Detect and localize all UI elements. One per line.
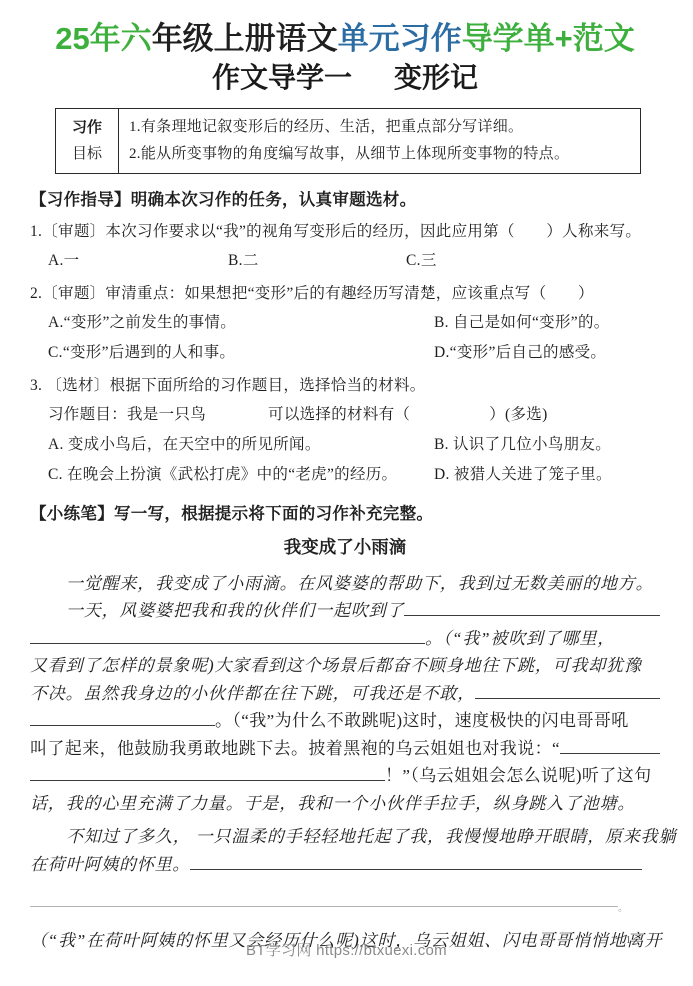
page-title: 25年六年级上册语文单元习作导学单+范文 bbox=[30, 18, 660, 60]
passage-text: 不知过了多久， 一只温柔的手轻轻地托起了我，我慢慢地睁开眼睛，原来我躺 bbox=[66, 822, 676, 847]
passage-line: 。（“我”为什么不敢跳呢)这时，速度极快的闪电哥哥吼 bbox=[30, 704, 660, 732]
essay-topic-label: 习作题目：我是一只鸟 bbox=[48, 402, 206, 428]
subtitle-part: 变形记 bbox=[394, 60, 478, 96]
passage-line: 不知过了多久， 一只温柔的手轻轻地托起了我，我慢慢地睁开眼睛，原来我躺 bbox=[30, 820, 660, 848]
material-choice-label: 可以选择的材料有（ ）(多选) bbox=[268, 402, 548, 428]
blank-line bbox=[30, 723, 215, 726]
blank-line bbox=[190, 867, 642, 870]
title-segment: 导学单+范文 bbox=[462, 21, 635, 56]
questions: 1.〔审题〕本次习作要求以“我”的视角写变形后的经历，因此应用第（ ）人称来写。… bbox=[30, 220, 660, 488]
question-stem: 2.〔审题〕审清重点：如果想把“变形”后的有趣经历写清楚，应该重点写（ ） bbox=[30, 282, 660, 306]
option-row: C. 在晚会上扮演《武松打虎》中的“老虎”的经历。D. 被猎人关进了笼子里。 bbox=[30, 462, 660, 488]
essay-title: 我变成了小雨滴 bbox=[30, 534, 660, 560]
option: A.“变形”之前发生的事情。 bbox=[48, 310, 236, 336]
passage-text: 又看到了怎样的景象呢)大家看到这个场景后都奋不顾身地往下跳，可我却犹豫 bbox=[30, 651, 642, 676]
passage-text: 在荷叶阿姨的怀里。 bbox=[30, 850, 190, 875]
passage-line: 在荷叶阿姨的怀里。 bbox=[30, 847, 660, 875]
option: B. 认识了几位小鸟朋友。 bbox=[434, 432, 660, 458]
passage-text: 。 bbox=[618, 899, 629, 914]
option-row: A. 变成小鸟后，在天空中的所见所闻。B. 认识了几位小鸟朋友。 bbox=[30, 432, 660, 458]
goal-label-line: 目标 bbox=[66, 141, 108, 167]
question-stem: 1.〔审题〕本次习作要求以“我”的视角写变形后的经历，因此应用第（ ）人称来写。 bbox=[30, 220, 660, 244]
question: 1.〔审题〕本次习作要求以“我”的视角写变形后的经历，因此应用第（ ）人称来写。… bbox=[30, 220, 660, 274]
blank-line bbox=[475, 696, 660, 699]
passage-line: 叫了起来，他鼓励我勇敢地跳下去。披着黑袍的乌云姐姐也对我说：“ bbox=[30, 731, 660, 759]
passage-text: 不决。虽然我身边的小伙伴都在往下跳，可我还是不敢， bbox=[30, 679, 475, 704]
passage-line: 又看到了怎样的景象呢)大家看到这个场景后都奋不顾身地往下跳，可我却犹豫 bbox=[30, 649, 660, 677]
passage-line: 不决。虽然我身边的小伙伴都在往下跳，可我还是不敢， bbox=[30, 676, 660, 704]
goal-table: 习作目标 1.有条理地记叙变形后的经历、生活，把重点部分写详细。2.能从所变事物… bbox=[55, 108, 641, 174]
passage-line: ！”（乌云姐姐会怎么说呢)听了这句 bbox=[30, 759, 660, 787]
option-row: A.一B.二C.三 bbox=[30, 248, 660, 274]
question: 2.〔审题〕审清重点：如果想把“变形”后的有趣经历写清楚，应该重点写（ ）A.“… bbox=[30, 282, 660, 366]
option: B. 自己是如何“变形”的。 bbox=[434, 310, 660, 336]
guide-heading: 【习作指导】明确本次习作的任务，认真审题选材。 bbox=[30, 188, 660, 212]
passage-text: 叫了起来，他鼓励我勇敢地跳下去。披着黑袍的乌云姐姐也对我说：“ bbox=[30, 734, 560, 759]
goal-table-content: 1.有条理地记叙变形后的经历、生活，把重点部分写详细。2.能从所变事物的角度编写… bbox=[119, 109, 641, 174]
passage-line: 。（“我”被吹到了哪里， bbox=[30, 621, 660, 649]
option-row: C.“变形”后遇到的人和事。D.“变形”后自己的感受。 bbox=[30, 340, 660, 366]
page-number: 1 bbox=[626, 935, 631, 946]
option: C.三 bbox=[406, 248, 660, 274]
passage-text: 。（“我”被吹到了哪里， bbox=[425, 624, 615, 649]
question-subline: 习作题目：我是一只鸟可以选择的材料有（ ）(多选) bbox=[30, 402, 660, 428]
footer-site-link[interactable]: BT学习网 https://btxuexi.com bbox=[246, 942, 447, 959]
worksheet-page: 25年六年级上册语文单元习作导学单+范文 作文导学一变形记 习作目标 1.有条理… bbox=[0, 0, 693, 986]
option: C.“变形”后遇到的人和事。 bbox=[48, 340, 235, 366]
blank-line bbox=[30, 641, 425, 644]
option: D. 被猎人关进了笼子里。 bbox=[434, 462, 660, 488]
passage-line: 一天，风婆婆把我和我的伙伴们一起吹到了 bbox=[30, 594, 660, 622]
question-stem: 3. 〔选材〕根据下面所给的习作题目，选择恰当的材料。 bbox=[30, 374, 660, 398]
option: A.一 bbox=[48, 248, 228, 274]
goal-item: 1.有条理地记叙变形后的经历、生活，把重点部分写详细。 bbox=[129, 114, 630, 141]
passage-text: 一觉醒来，我变成了小雨滴。在风婆婆的帮助下，我到过无数美丽的地方。 bbox=[66, 569, 653, 594]
subtitle-part: 作文导学一 bbox=[212, 60, 352, 96]
title-segment: 25年六 bbox=[55, 21, 151, 56]
title-segment: 单元习作 bbox=[338, 21, 462, 56]
option: A. 变成小鸟后，在天空中的所见所闻。 bbox=[48, 432, 321, 458]
blank-line bbox=[404, 613, 660, 616]
passage-text: 。（“我”为什么不敢跳呢)这时，速度极快的闪电哥哥吼 bbox=[215, 706, 629, 731]
goal-label-line: 习作 bbox=[66, 115, 108, 141]
option: B.二 bbox=[228, 248, 406, 274]
title-segment: 年级上册语文 bbox=[152, 21, 338, 56]
footer: BT学习网 https://btxuexi.com bbox=[0, 939, 693, 960]
lesson-subtitle: 作文导学一变形记 bbox=[30, 60, 660, 96]
goal-item: 2.能从所变事物的角度编写故事，从细节上体现所变事物的特点。 bbox=[129, 141, 630, 168]
question: 3. 〔选材〕根据下面所给的习作题目，选择恰当的材料。习作题目：我是一只鸟可以选… bbox=[30, 374, 660, 488]
passage-line: 话，我的心里充满了力量。于是，我和一个小伙伴手拉手，纵身跳入了池塘。 bbox=[30, 786, 660, 814]
passage-text: ！”（乌云姐姐会怎么说呢)听了这句 bbox=[385, 761, 652, 786]
practice-heading: 【小练笔】写一写，根据提示将下面的习作补充完整。 bbox=[30, 502, 660, 526]
passage-line: 一觉醒来，我变成了小雨滴。在风婆婆的帮助下，我到过无数美丽的地方。 bbox=[30, 566, 660, 594]
blank-line bbox=[30, 778, 385, 781]
goal-table-label: 习作目标 bbox=[56, 109, 119, 174]
passage: 一觉醒来，我变成了小雨滴。在风婆婆的帮助下，我到过无数美丽的地方。一天，风婆婆把… bbox=[30, 566, 660, 951]
blank-line bbox=[30, 904, 618, 907]
blank-line bbox=[560, 751, 660, 754]
passage-line: 。 bbox=[30, 887, 660, 915]
option: D.“变形”后自己的感受。 bbox=[434, 340, 660, 366]
option: C. 在晚会上扮演《武松打虎》中的“老虎”的经历。 bbox=[48, 462, 397, 488]
passage-text: 话，我的心里充满了力量。于是，我和一个小伙伴手拉手，纵身跳入了池塘。 bbox=[30, 789, 635, 814]
option-row: A.“变形”之前发生的事情。B. 自己是如何“变形”的。 bbox=[30, 310, 660, 336]
passage-text: 一天，风婆婆把我和我的伙伴们一起吹到了 bbox=[66, 596, 404, 621]
